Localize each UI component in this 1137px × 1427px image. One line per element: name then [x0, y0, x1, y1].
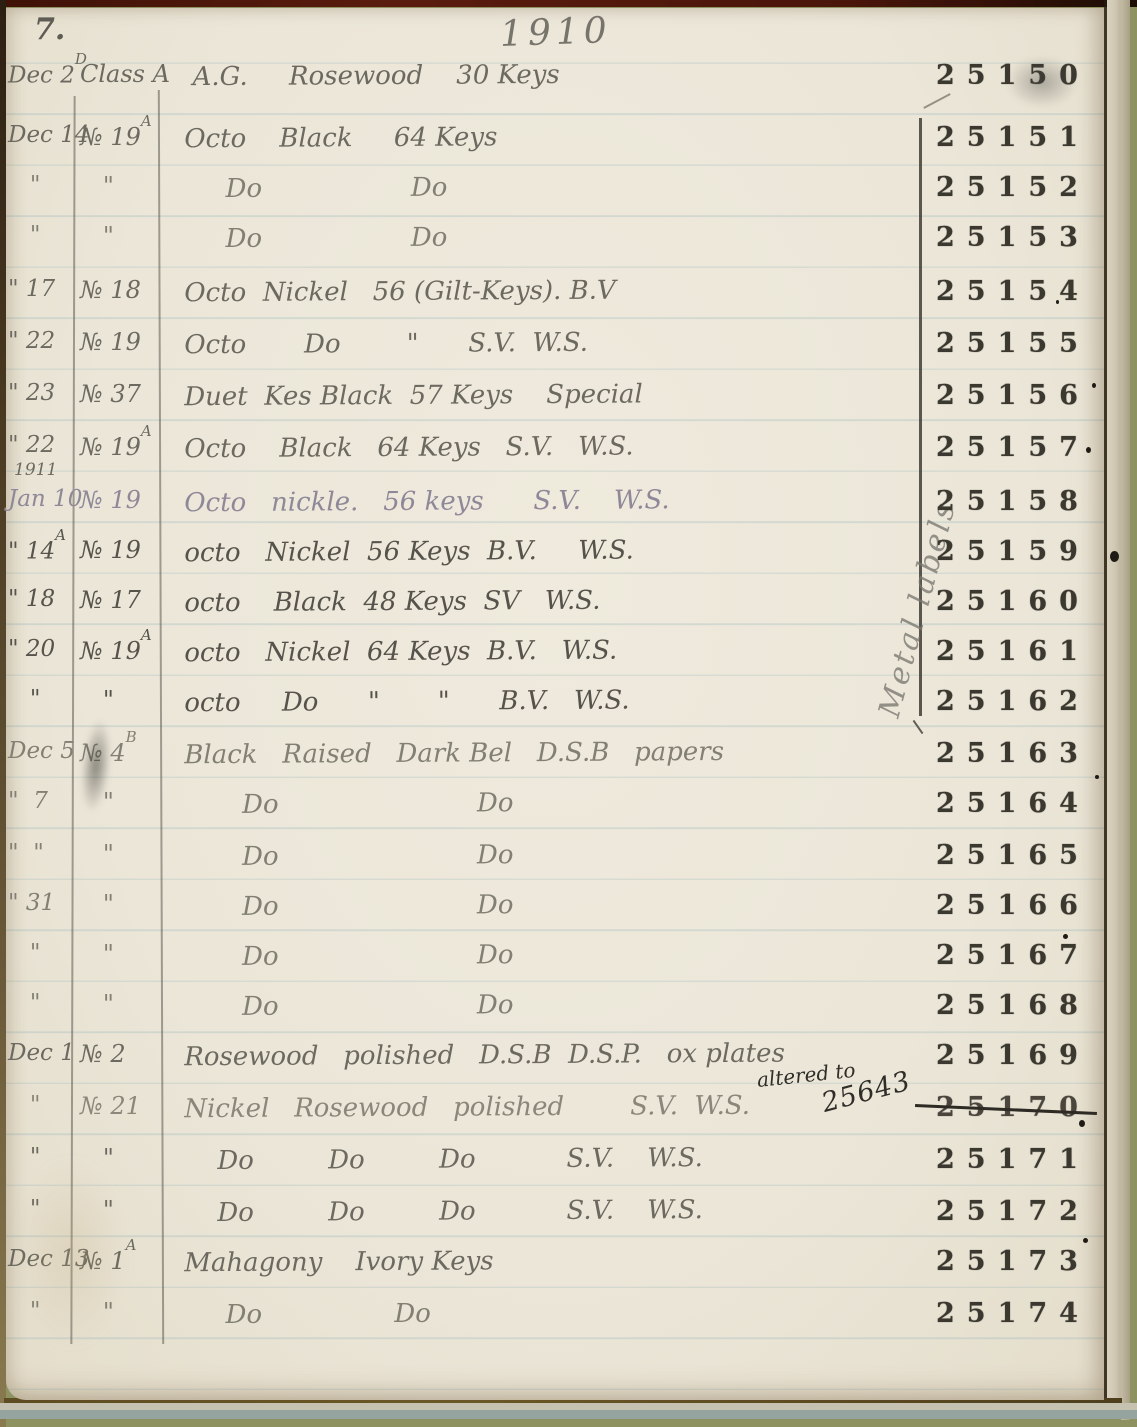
entry-date: " — [8, 990, 78, 1016]
entry-date: " 18 — [8, 586, 78, 612]
serial-number: 25159 — [936, 536, 1116, 567]
ledger-row: " 23№ 37 Duet Kes Black 57 Keys Special2… — [6, 380, 1104, 430]
ledger-page: 7. 1910 1911 Metal labels Dec 2DClass A … — [6, 8, 1104, 1400]
model-number: " — [80, 840, 176, 868]
bottom-shadow-strip — [0, 1410, 1137, 1419]
entry-date: " — [8, 172, 78, 198]
entry-date: " " — [8, 840, 78, 866]
model-number: № 17 — [80, 586, 176, 614]
description: Do Do — [176, 220, 921, 255]
serial-number: 25161 — [936, 636, 1116, 667]
ledger-row: " " " Do Do25165 — [6, 840, 1104, 890]
description: Do Do — [176, 988, 921, 1023]
entry-date: Dec 14 — [8, 122, 78, 148]
ledger-row: " " Do Do25174 — [6, 1298, 1104, 1348]
model-number: № 21 — [80, 1092, 176, 1120]
description: octo Nickel 64 Keys B.V. W.S. — [176, 634, 921, 669]
superscript: A — [141, 422, 152, 440]
ink-speck — [1056, 300, 1059, 304]
model-number: " — [80, 222, 176, 250]
description: Octo Do " S.V. W.S. — [176, 326, 921, 361]
description: Do Do Do S.V. W.S. — [176, 1142, 921, 1177]
serial-number: 25162 — [936, 686, 1116, 717]
book-top-edge — [0, 0, 1137, 7]
description: Octo Nickel 56 (Gilt-Keys). B.V — [176, 274, 921, 309]
entry-date: Dec 5 — [8, 738, 78, 764]
serial-number: 25166 — [936, 890, 1116, 921]
model-number: № 19A — [80, 432, 176, 461]
serial-number: 25167 — [936, 940, 1116, 971]
ledger-row: " 31 " Do Do25166 — [6, 890, 1104, 940]
ink-speck — [1110, 551, 1119, 562]
description: Mahagony Ivory Keys — [176, 1244, 921, 1279]
description: octo Black 48 Keys SV W.S. — [176, 584, 921, 619]
model-number: " — [80, 990, 176, 1018]
serial-number: 25163 — [936, 738, 1116, 769]
description: Duet Kes Black 57 Keys Special — [176, 378, 921, 413]
ledger-row: Jan 10№ 19 Octo nickle. 56 keys S.V. W.S… — [6, 486, 1104, 536]
model-number: № 19A — [80, 636, 176, 665]
ledger-row: " 18№ 17 octo Black 48 Keys SV W.S.25160 — [6, 586, 1104, 636]
ledger-row: " 7 " Do Do25164 — [6, 788, 1104, 838]
model-number: Class A — [80, 60, 176, 88]
entry-date: " — [8, 686, 78, 712]
ink-speck — [1063, 934, 1068, 939]
model-number: " — [80, 172, 176, 200]
ledger-row: " " Do Do25153 — [6, 222, 1104, 272]
serial-number: 25164 — [936, 788, 1116, 819]
ledger-row: " " Do Do Do S.V. W.S.25171 — [6, 1144, 1104, 1194]
entry-date: " — [8, 940, 78, 966]
entry-date: " 23 — [8, 380, 78, 406]
serial-number: 25158 — [936, 486, 1116, 517]
serial-number: 25156 — [936, 380, 1116, 411]
description: Do Do — [176, 786, 921, 821]
serial-number: 25160 — [936, 586, 1116, 617]
serial-number: 25153 — [936, 222, 1116, 253]
entry-date: " 14A — [8, 536, 78, 565]
serial-number: 25155 — [936, 328, 1116, 359]
ledger-row: " 22№ 19 Octo Do " S.V. W.S.25155 — [6, 328, 1104, 378]
ledger-row: " 20№ 19A octo Nickel 64 Keys B.V. W.S.2… — [6, 636, 1104, 686]
ledger-row: " 14A№ 19 octo Nickel 56 Keys B.V. W.S.2… — [6, 536, 1104, 586]
description: Do Do — [176, 1296, 921, 1331]
ledger-row: Dec 5№ 4B Black Raised Dark Bel D.S.B pa… — [6, 738, 1104, 788]
model-number: № 37 — [80, 380, 176, 408]
entry-date: " 7 — [8, 788, 78, 814]
description: Do Do — [176, 938, 921, 973]
description: A.G. Rosewood 30 Keys — [176, 58, 921, 93]
serial-number: 25165 — [936, 840, 1116, 871]
serial-number: 25168 — [936, 990, 1116, 1021]
serial-number: 25152 — [936, 172, 1116, 203]
model-number: " — [80, 890, 176, 918]
ledger-row: " " Do Do25168 — [6, 990, 1104, 1040]
serial-number: 25151 — [936, 122, 1116, 153]
superscript: A — [141, 626, 152, 644]
page-number: 7. — [34, 12, 65, 47]
serial-number: 25172 — [936, 1196, 1116, 1227]
model-number: № 19A — [80, 122, 176, 151]
model-number: № 18 — [80, 276, 176, 304]
description: Do Do — [176, 170, 921, 205]
entry-date: " 22 — [8, 432, 78, 458]
superscript: A — [141, 112, 152, 130]
ledger-row: " " Do Do25152 — [6, 172, 1104, 222]
ink-speck — [1083, 1238, 1088, 1243]
model-number: № 19 — [80, 486, 176, 514]
model-number: " — [80, 686, 176, 714]
superscript: A — [126, 1236, 137, 1254]
ledger-row: Dec 1№ 2 Rosewood polished D.S.B D.S.P. … — [6, 1040, 1104, 1090]
paper-stain — [16, 1158, 126, 1348]
ledger-row: Dec 14№ 19A Octo Black 64 Keys25151 — [6, 122, 1104, 172]
entry-date: Dec 2D — [8, 60, 78, 89]
ledger-row: Dec 2DClass A A.G. Rosewood 30 Keys25150 — [6, 60, 1104, 110]
bottom-page-stack — [0, 1403, 1137, 1410]
model-number: " — [80, 940, 176, 968]
ledger-scan: 7. 1910 1911 Metal labels Dec 2DClass A … — [0, 0, 1137, 1427]
ledger-row: "№ 21 Nickel Rosewood polished S.V. W.S.… — [6, 1092, 1104, 1142]
ink-speck — [1079, 1120, 1085, 1127]
superscript: B — [126, 728, 137, 746]
description: Do Do — [176, 888, 921, 923]
serial-number: 25174 — [936, 1298, 1116, 1329]
ledger-row: " " octo Do " " B.V. W.S.25162 — [6, 686, 1104, 736]
model-number: № 2 — [80, 1040, 176, 1068]
serial-number: 25173 — [936, 1246, 1116, 1277]
ink-speck — [1095, 775, 1099, 779]
description: Octo nickle. 56 keys S.V. W.S. — [176, 484, 921, 519]
entry-date: " — [8, 222, 78, 248]
ledger-row: " " Do Do Do S.V. W.S.25172 — [6, 1196, 1104, 1246]
superscript: A — [55, 526, 66, 544]
description: Octo Black 64 Keys S.V. W.S. — [176, 430, 921, 465]
ledger-row: " 22№ 19A Octo Black 64 Keys S.V. W.S.25… — [6, 432, 1104, 482]
ink-speck — [1092, 383, 1096, 388]
ledger-row: Dec 13№ 1A Mahagony Ivory Keys25173 — [6, 1246, 1104, 1296]
year-heading: 1910 — [499, 10, 612, 55]
entry-date: Jan 10 — [8, 486, 78, 512]
ledger-row: " " Do Do25167 — [6, 940, 1104, 990]
entry-date: " 17 — [8, 276, 78, 302]
description: Do Do — [176, 838, 921, 873]
ledger-row: " 17№ 18 Octo Nickel 56 (Gilt-Keys). B.V… — [6, 276, 1104, 326]
entry-date: " 20 — [8, 636, 78, 662]
entry-date: " 31 — [8, 890, 78, 916]
model-number: № 19 — [80, 328, 176, 356]
serial-number: 25171 — [936, 1144, 1116, 1175]
description: Black Raised Dark Bel D.S.B papers — [176, 736, 921, 771]
entry-date: Dec 1 — [8, 1040, 78, 1066]
description: octo Nickel 56 Keys B.V. W.S. — [176, 534, 921, 569]
serial-number: 25169 — [936, 1040, 1116, 1071]
description: octo Do " " B.V. W.S. — [176, 684, 921, 719]
ink-smudge — [1006, 56, 1078, 108]
entry-date: " 22 — [8, 328, 78, 354]
entry-date: " — [8, 1092, 78, 1118]
description: Do Do Do S.V. W.S. — [176, 1194, 921, 1229]
ink-speck — [1086, 447, 1091, 453]
serial-number: 25154 — [936, 276, 1116, 307]
model-number: № 19 — [80, 536, 176, 564]
page-stack-edge-outer — [1121, 0, 1130, 1420]
description: Octo Black 64 Keys — [176, 120, 921, 155]
